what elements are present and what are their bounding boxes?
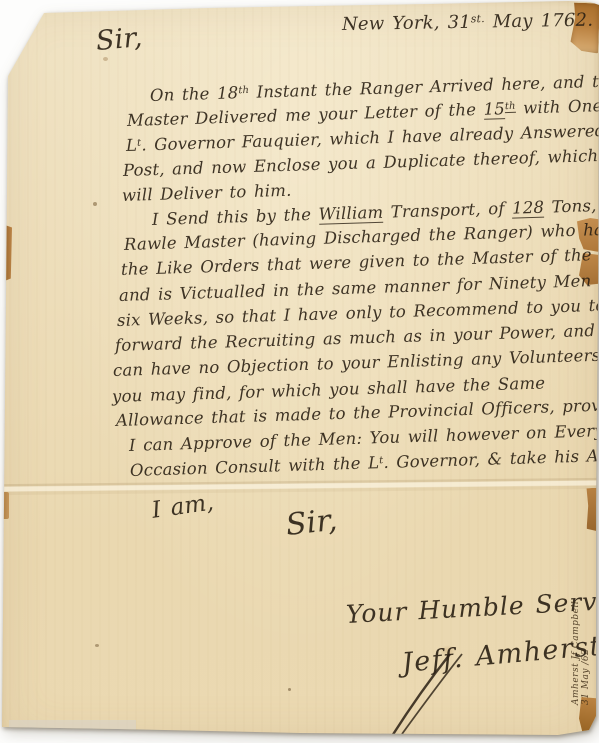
closing-i-am: I am, (150, 489, 215, 523)
stain (103, 57, 108, 61)
letter-text-segment: L (126, 136, 138, 155)
tape-remnant-left-lower (0, 492, 9, 519)
dateline: New York, 31st. May 1762. (342, 10, 594, 35)
tape-remnant-left-upper (2, 224, 12, 282)
fold-line (0, 478, 599, 495)
letter-text-segment: William (318, 203, 383, 225)
letter-text-segment: New York, 31 (342, 12, 471, 35)
signature: Jeff. Amherst. (401, 630, 599, 679)
stain (288, 688, 291, 691)
valediction: Your Humble Servant. (345, 584, 599, 629)
letter-text-segment: 128 (512, 198, 545, 219)
letter-text-segment: th (238, 85, 249, 96)
stain (93, 202, 97, 206)
letter-text-segment: Tons, W (544, 195, 599, 216)
salutation: Sir, (95, 22, 144, 57)
letter-text-segment: th (505, 101, 516, 113)
letter-text-segment: 15 (483, 99, 505, 120)
letter-text-segment: . Governor, & take his Advice (383, 445, 599, 472)
letter-line: will Deliver to him. (122, 181, 292, 205)
paper-shadow: New York, 31st. May 1762. Sir, On the 18… (0, 0, 599, 743)
letter-text-segment: st. (471, 12, 485, 25)
closing-sir: Sir, (284, 503, 339, 543)
letter-text-segment: Occasion Consult with the L (130, 453, 380, 480)
letter-text-segment: On the 18 (150, 83, 239, 105)
letter-text-segment: Transport, of (383, 199, 512, 222)
letter-text-segment: will Deliver to him. (122, 181, 292, 205)
stain (95, 644, 99, 647)
letter-text-segment: May 1762. (485, 10, 594, 33)
docket-note: Amherst Jf Campbell 31 May /62 (572, 490, 598, 705)
letter-text-segment: with One from (515, 95, 599, 118)
docket-line-2: 31 May /62 (582, 490, 592, 705)
letter-paper: New York, 31st. May 1762. Sir, On the 18… (0, 0, 599, 743)
label-remnant (9, 720, 136, 733)
letter-scan: New York, 31st. May 1762. Sir, On the 18… (0, 0, 599, 743)
letter-text-segment: I Send this by the (152, 205, 319, 229)
